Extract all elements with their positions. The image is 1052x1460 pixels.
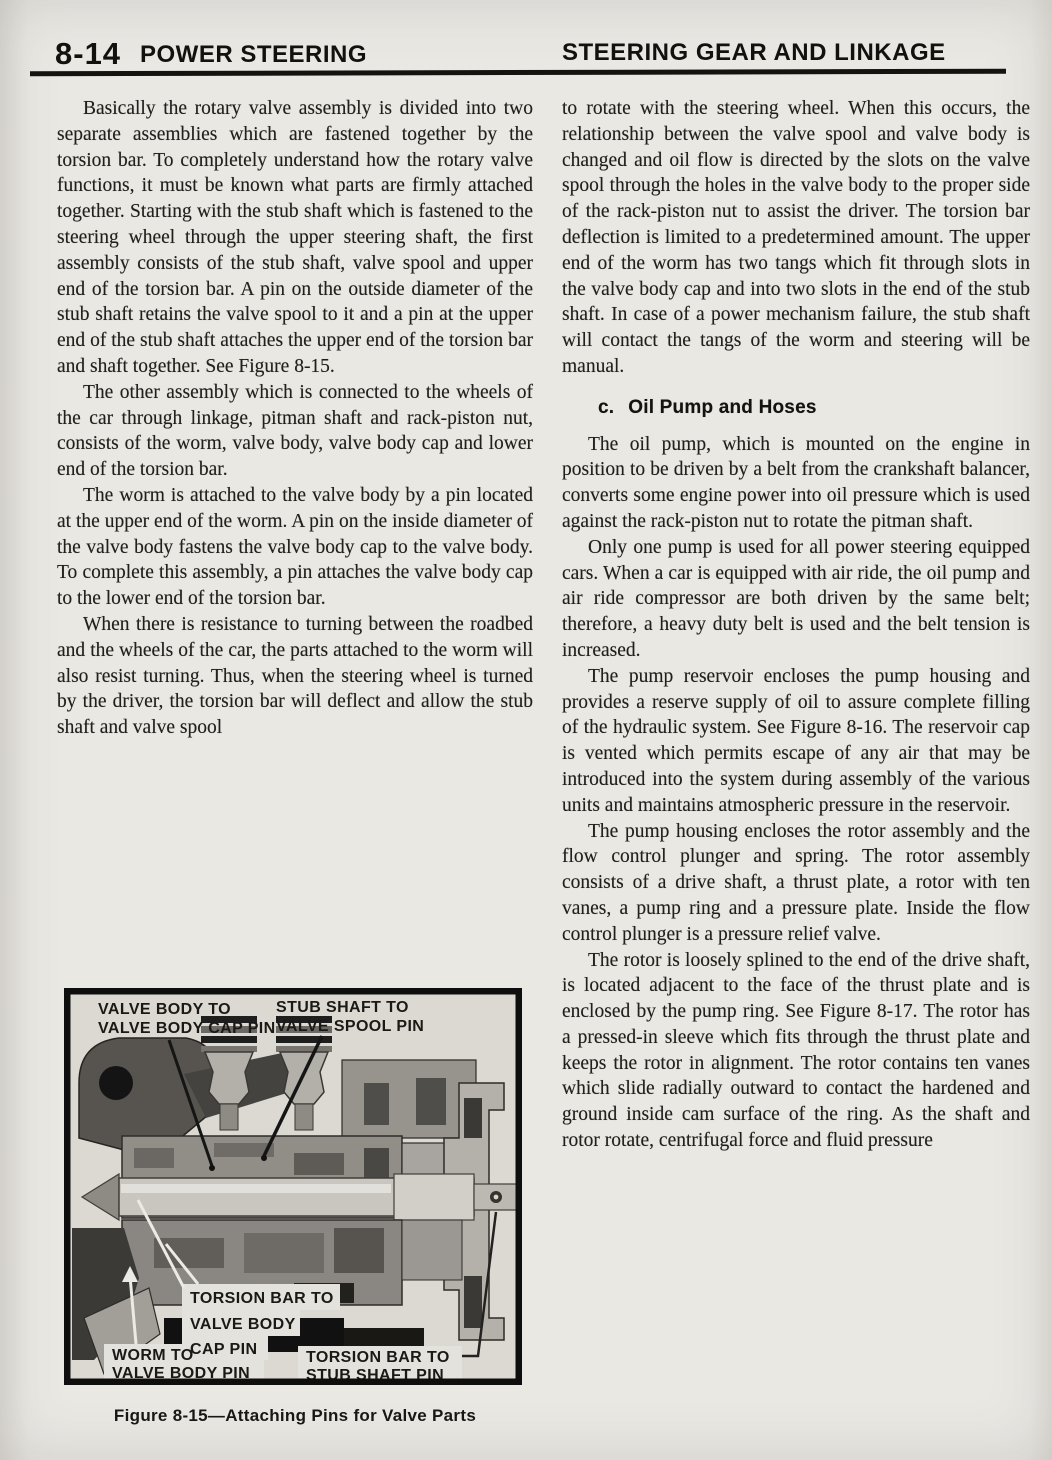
figure-8-15: VALVE BODY TO VALVE BODY CAP PIN STUB SH…	[64, 988, 522, 1385]
figure-part-detail	[244, 1233, 324, 1273]
figure-label-stub-shaft-to-spool: STUB SHAFT TO	[276, 999, 409, 1016]
paragraph: The pump reservoir encloses the pump hou…	[562, 664, 1030, 819]
paragraph: Only one pump is used for all power stee…	[562, 535, 1030, 664]
figure-part-shaft-highlight	[121, 1184, 391, 1193]
figure-label-torsion-to-stub: TORSION BAR TO	[306, 1349, 450, 1366]
figure-label-torsion-to-cap: CAP PIN	[190, 1341, 257, 1358]
figure-caption: Figure 8-15—Attaching Pins for Valve Par…	[57, 1406, 533, 1426]
figure-part-detail	[334, 1228, 384, 1273]
figure-part-detail	[402, 1220, 462, 1280]
figure-label-valve-body-to-cap: VALVE BODY CAP PIN	[98, 1020, 276, 1037]
paragraph: The rotor is loosely splined to the end …	[562, 948, 1030, 1154]
figure-part-slot	[364, 1083, 389, 1125]
figure-leader-dot	[209, 1165, 215, 1171]
paragraph: The other assembly which is connected to…	[57, 380, 533, 483]
header-section-right: STEERING GEAR AND LINKAGE	[562, 39, 946, 67]
paragraph: When there is resistance to turning betw…	[57, 612, 533, 741]
figure-part-shaft-sleeve	[394, 1174, 474, 1220]
figure-part-detail	[294, 1153, 344, 1175]
paragraph: The pump housing encloses the rotor asse…	[562, 819, 1030, 948]
figure-label-stub-shaft-to-spool: VALVE SPOOL PIN	[276, 1018, 424, 1035]
paragraph: The worm is attached to the valve body b…	[57, 483, 533, 612]
figure-label-valve-body-to-cap: VALVE BODY TO	[98, 1001, 231, 1018]
right-column: to rotate with the steering wheel. When …	[562, 96, 1030, 1154]
section-heading-text: Oil Pump and Hoses	[628, 397, 816, 418]
figure-label-torsion-to-cap: VALVE BODY	[190, 1316, 296, 1333]
figure-part-slot	[416, 1078, 446, 1125]
figure-leader-dot	[261, 1155, 267, 1161]
paragraph: Basically the rotary valve assembly is d…	[57, 96, 533, 380]
figure-part-slot	[464, 1276, 482, 1328]
figure-part-upper-right-body	[342, 1060, 476, 1138]
figure-part-detail	[364, 1148, 389, 1178]
header-rule	[30, 69, 1006, 77]
figure-label-torsion-to-cap: TORSION BAR TO	[190, 1290, 334, 1307]
header-section-left: POWER STEERING	[140, 41, 367, 69]
page-number: 8-14	[55, 36, 121, 72]
figure-8-15-image: VALVE BODY TO VALVE BODY CAP PIN STUB SH…	[64, 988, 522, 1385]
figure-part-hole	[99, 1066, 133, 1100]
figure-part-slot	[464, 1098, 482, 1138]
paragraph: The oil pump, which is mounted on the en…	[562, 432, 1030, 535]
paragraph: to rotate with the steering wheel. When …	[562, 96, 1030, 380]
figure-label-worm-to-valve-body: WORM TO	[112, 1347, 194, 1364]
manual-page: 8-14 POWER STEERING STEERING GEAR AND LI…	[0, 0, 1052, 1460]
figure-part-detail	[134, 1148, 174, 1168]
left-column: Basically the rotary valve assembly is d…	[57, 96, 533, 741]
section-heading-letter: c.	[598, 397, 614, 418]
section-heading-oil-pump: c.Oil Pump and Hoses	[598, 395, 1030, 421]
figure-part-pin-center	[494, 1195, 499, 1200]
